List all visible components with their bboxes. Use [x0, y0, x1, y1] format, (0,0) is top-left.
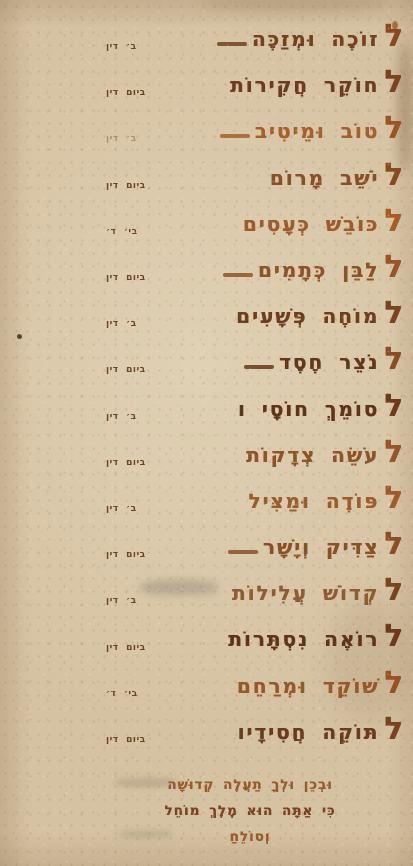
- piyyut-line: ל חוֹקֵר חֲקִירוֹת ביום דין: [106, 67, 403, 113]
- refrain-gloss: ביום דין: [106, 88, 146, 98]
- refrain-gloss: בי׳ ד׳: [106, 227, 138, 237]
- piyyut-line: ל צַדִּיק וְיָשָׁר ביום דין: [106, 529, 403, 575]
- refrain-gloss: ב׳ דין: [106, 504, 137, 514]
- refrain-gloss: ביום דין: [106, 735, 146, 745]
- line-filler: [220, 134, 250, 138]
- piyyut-line: ל פּוֹדֶה וּמַצִּיל ב׳ דין: [106, 483, 403, 529]
- refrain-gloss: ביום דין: [106, 458, 146, 468]
- refrain-gloss: ביום דין: [106, 643, 146, 653]
- initial-lamed: ל: [384, 21, 403, 52]
- line-text: שׁוֹקֵד וּמְרַחֵם: [237, 674, 380, 698]
- piyyut-line: ל יֹשֵׁב מָרוֹם ביום דין: [106, 160, 403, 206]
- piyyut-line: ל נֹצֵר חֶסֶד ביום דין: [106, 344, 403, 390]
- piyyut-line: ל תּוֹקֵה חֲסִידָיו ביום דין: [106, 714, 403, 760]
- line-text: לַבֵּן כְּתָמִים: [258, 258, 379, 282]
- piyyut-line-list: ל זוֹכֶה וּמְזַכֶּה ב׳ דין ל חוֹקֵר חֲקִ…: [106, 21, 403, 760]
- initial-lamed: ל: [384, 437, 403, 468]
- line-text: תּוֹקֵה חֲסִידָיו: [238, 720, 380, 744]
- line-text: צַדִּיק וְיָשָׁר: [263, 535, 379, 559]
- piyyut-line: ל לַבֵּן כְּתָמִים ביום דין: [106, 252, 403, 298]
- closing-line: וּבְכֵן וּלְךָ תַעֲלֶה קְדוּשָׁה: [95, 772, 405, 798]
- initial-lamed: ל: [384, 252, 403, 283]
- refrain-gloss: ב׳ דין: [106, 134, 137, 144]
- line-text: מוֹחֶה פְּשָׁעִים: [236, 304, 379, 328]
- closing-line: כִּי אַתָּה הוּא מֶלֶךְ מוֹחֵל: [95, 798, 405, 824]
- initial-lamed: ל: [384, 67, 403, 98]
- refrain-gloss: ב׳ דין: [106, 596, 137, 606]
- ink-speck: [17, 334, 22, 339]
- piyyut-line: ל טוֹב וּמֵיטִיב ב׳ דין: [106, 113, 403, 159]
- refrain-gloss: ב׳ דין: [106, 319, 137, 329]
- piyyut-line: ל מוֹחֶה פְּשָׁעִים ב׳ דין: [106, 298, 403, 344]
- initial-lamed: ל: [384, 344, 403, 375]
- line-filler: [228, 550, 258, 554]
- initial-lamed: ל: [384, 575, 403, 606]
- piyyut-line: ל סוֹמֵךְ חוֹסָי ו ב׳ דין: [106, 391, 403, 437]
- closing-line: וְסוֹלֵחַ: [95, 824, 405, 850]
- line-text: נֹצֵר חֶסֶד: [279, 350, 379, 374]
- piyyut-line: ל זוֹכֶה וּמְזַכֶּה ב׳ דין: [106, 21, 403, 67]
- line-filler: [223, 273, 253, 277]
- line-filler: [244, 365, 274, 369]
- line-filler: [217, 42, 247, 46]
- closing-rubric: וּבְכֵן וּלְךָ תַעֲלֶה קְדוּשָׁה כִּי אַ…: [95, 772, 405, 850]
- manuscript-page: ל זוֹכֶה וּמְזַכֶּה ב׳ דין ל חוֹקֵר חֲקִ…: [0, 0, 413, 866]
- initial-lamed: ל: [384, 206, 403, 237]
- piyyut-line: ל עֹשֵׂה צְדָקוֹת ביום דין: [106, 437, 403, 483]
- initial-lamed: ל: [384, 529, 403, 560]
- line-text: זוֹכֶה וּמְזַכֶּה: [252, 27, 379, 51]
- refrain-gloss: ביום דין: [106, 550, 146, 560]
- line-text: סוֹמֵךְ חוֹסָי ו: [238, 397, 379, 421]
- line-text: טוֹב וּמֵיטִיב: [255, 119, 380, 143]
- initial-lamed: ל: [384, 668, 403, 699]
- line-text: עֹשֵׂה צְדָקוֹת: [246, 443, 379, 467]
- refrain-gloss: ב׳ דין: [106, 412, 137, 422]
- line-text: חוֹקֵר חֲקִירוֹת: [230, 73, 379, 97]
- piyyut-line: ל קְדוֹשׁ עֲלִילוֹת ב׳ דין: [106, 575, 403, 621]
- initial-lamed: ל: [384, 113, 403, 144]
- refrain-gloss: בי׳ ד׳: [106, 689, 138, 699]
- piyyut-line: ל כּוֹבֵשׁ כְּעָסִים בי׳ ד׳: [106, 206, 403, 252]
- line-text: כּוֹבֵשׁ כְּעָסִים: [243, 212, 380, 236]
- initial-lamed: ל: [384, 714, 403, 745]
- refrain-gloss: ביום דין: [106, 365, 146, 375]
- initial-lamed: ל: [384, 621, 403, 652]
- refrain-gloss: ב׳ דין: [106, 42, 137, 52]
- piyyut-line: ל שׁוֹקֵד וּמְרַחֵם בי׳ ד׳: [106, 668, 403, 714]
- line-text: יֹשֵׁב מָרוֹם: [270, 166, 380, 190]
- refrain-gloss: ביום דין: [106, 273, 146, 283]
- line-text: רוֹאֶה נִסְתָּרוֹת: [228, 627, 379, 651]
- line-text: קְדוֹשׁ עֲלִילוֹת: [232, 581, 379, 605]
- initial-lamed: ל: [384, 391, 403, 422]
- line-text: פּוֹדֶה וּמַצִּיל: [248, 489, 379, 513]
- refrain-gloss: ביום דין: [106, 181, 146, 191]
- piyyut-line: ל רוֹאֶה נִסְתָּרוֹת ביום דין: [106, 621, 403, 667]
- initial-lamed: ל: [384, 483, 403, 514]
- initial-lamed: ל: [384, 160, 403, 191]
- stain-top-mottle: [200, 0, 390, 12]
- initial-lamed: ל: [384, 298, 403, 329]
